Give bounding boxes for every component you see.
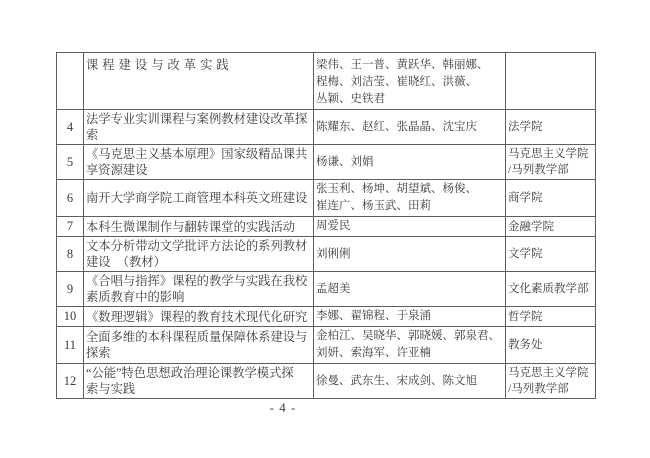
row-number-cell: 5: [57, 145, 84, 180]
page-number: - 4 -: [270, 400, 297, 416]
row-number-cell: 6: [57, 180, 84, 217]
project-title-cell: 《合唱与指挥》课程的教学与实践在我校 素质教育中的影响: [84, 272, 314, 307]
department-cell: 哲学院: [506, 307, 596, 327]
department-cell: 教务处: [506, 327, 596, 364]
project-title-cell: 文本分析带动文学批评方法论的系列教材 建设 （教材）: [84, 237, 314, 272]
project-title-cell: 法学专业实训课程与案例教材建设改革探 索: [84, 110, 314, 145]
department-cell: 金融学院: [506, 217, 596, 237]
projects-table: 课程建设与改革实践 梁伟、王一普、黄跃华、韩丽娜、 程梅、刘洁莹、崔晓红、洪薇、…: [56, 52, 596, 399]
project-title-cell: 南开大学商学院工商管理本科英文班建设: [84, 180, 314, 217]
table-row: 5 《马克思主义基本原理》国家级精品课共 享资源建设 杨谦、刘娟 马克思主义学院…: [57, 145, 596, 180]
row-number-cell: 8: [57, 237, 84, 272]
members-cell: 杨谦、刘娟: [314, 145, 506, 180]
project-title-cell: 课程建设与改革实践: [84, 53, 314, 110]
table-row: 9 《合唱与指挥》课程的教学与实践在我校 素质教育中的影响 孟超美 文化素质教学…: [57, 272, 596, 307]
row-number-cell: 10: [57, 307, 84, 327]
department-cell: 法学院: [506, 110, 596, 145]
members-cell: 陈耀东、赵红、张晶晶、沈宝庆: [314, 110, 506, 145]
members-cell: 徐曼、武东生、宋成剑、陈文旭: [314, 364, 506, 399]
members-cell: 张玉利、杨坤、胡望斌、杨俊、 崔连广、杨玉武、田莉: [314, 180, 506, 217]
members-cell: 金柏江、吴晓华、郭晓媛、郭泉君、 刘妍、索海军、许亚楠: [314, 327, 506, 364]
table-row: 10 《数理逻辑》课程的教育技术现代化研究 李娜、翟锦程、于泉涌 哲学院: [57, 307, 596, 327]
table-row: 12 “公能”特色思想政治理论课教学模式探 索与实践 徐曼、武东生、宋成剑、陈文…: [57, 364, 596, 399]
members-cell: 周爱民: [314, 217, 506, 237]
project-title-cell: 《马克思主义基本原理》国家级精品课共 享资源建设: [84, 145, 314, 180]
department-cell: 商学院: [506, 180, 596, 217]
project-title-cell: 《数理逻辑》课程的教育技术现代化研究: [84, 307, 314, 327]
members-cell: 梁伟、王一普、黄跃华、韩丽娜、 程梅、刘洁莹、崔晓红、洪薇、 丛颖、史铁君: [314, 53, 506, 110]
table-row: 课程建设与改革实践 梁伟、王一普、黄跃华、韩丽娜、 程梅、刘洁莹、崔晓红、洪薇、…: [57, 53, 596, 110]
row-number-cell: [57, 53, 84, 110]
members-cell: 孟超美: [314, 272, 506, 307]
department-cell: 马克思主义学院 /马列教学部: [506, 364, 596, 399]
row-number-cell: 12: [57, 364, 84, 399]
table-row: 11 全面多维的本科课程质量保障体系建设与 探索 金柏江、吴晓华、郭晓媛、郭泉君…: [57, 327, 596, 364]
table-row: 6 南开大学商学院工商管理本科英文班建设 张玉利、杨坤、胡望斌、杨俊、 崔连广、…: [57, 180, 596, 217]
row-number-cell: 7: [57, 217, 84, 237]
table-row: 7 本科生微课制作与翻转课堂的实践活动 周爱民 金融学院: [57, 217, 596, 237]
row-number-cell: 9: [57, 272, 84, 307]
document-page: 课程建设与改革实践 梁伟、王一普、黄跃华、韩丽娜、 程梅、刘洁莹、崔晓红、洪薇、…: [0, 0, 650, 458]
members-cell: 李娜、翟锦程、于泉涌: [314, 307, 506, 327]
members-cell: 刘俐俐: [314, 237, 506, 272]
department-cell: 马克思主义学院 /马列教学部: [506, 145, 596, 180]
table-row: 8 文本分析带动文学批评方法论的系列教材 建设 （教材） 刘俐俐 文学院: [57, 237, 596, 272]
project-title-cell: “公能”特色思想政治理论课教学模式探 索与实践: [84, 364, 314, 399]
project-title-cell: 本科生微课制作与翻转课堂的实践活动: [84, 217, 314, 237]
row-number-cell: 4: [57, 110, 84, 145]
project-title-cell: 全面多维的本科课程质量保障体系建设与 探索: [84, 327, 314, 364]
department-cell: [506, 53, 596, 110]
department-cell: 文化素质教学部: [506, 272, 596, 307]
table-row: 4 法学专业实训课程与案例教材建设改革探 索 陈耀东、赵红、张晶晶、沈宝庆 法学…: [57, 110, 596, 145]
row-number-cell: 11: [57, 327, 84, 364]
department-cell: 文学院: [506, 237, 596, 272]
